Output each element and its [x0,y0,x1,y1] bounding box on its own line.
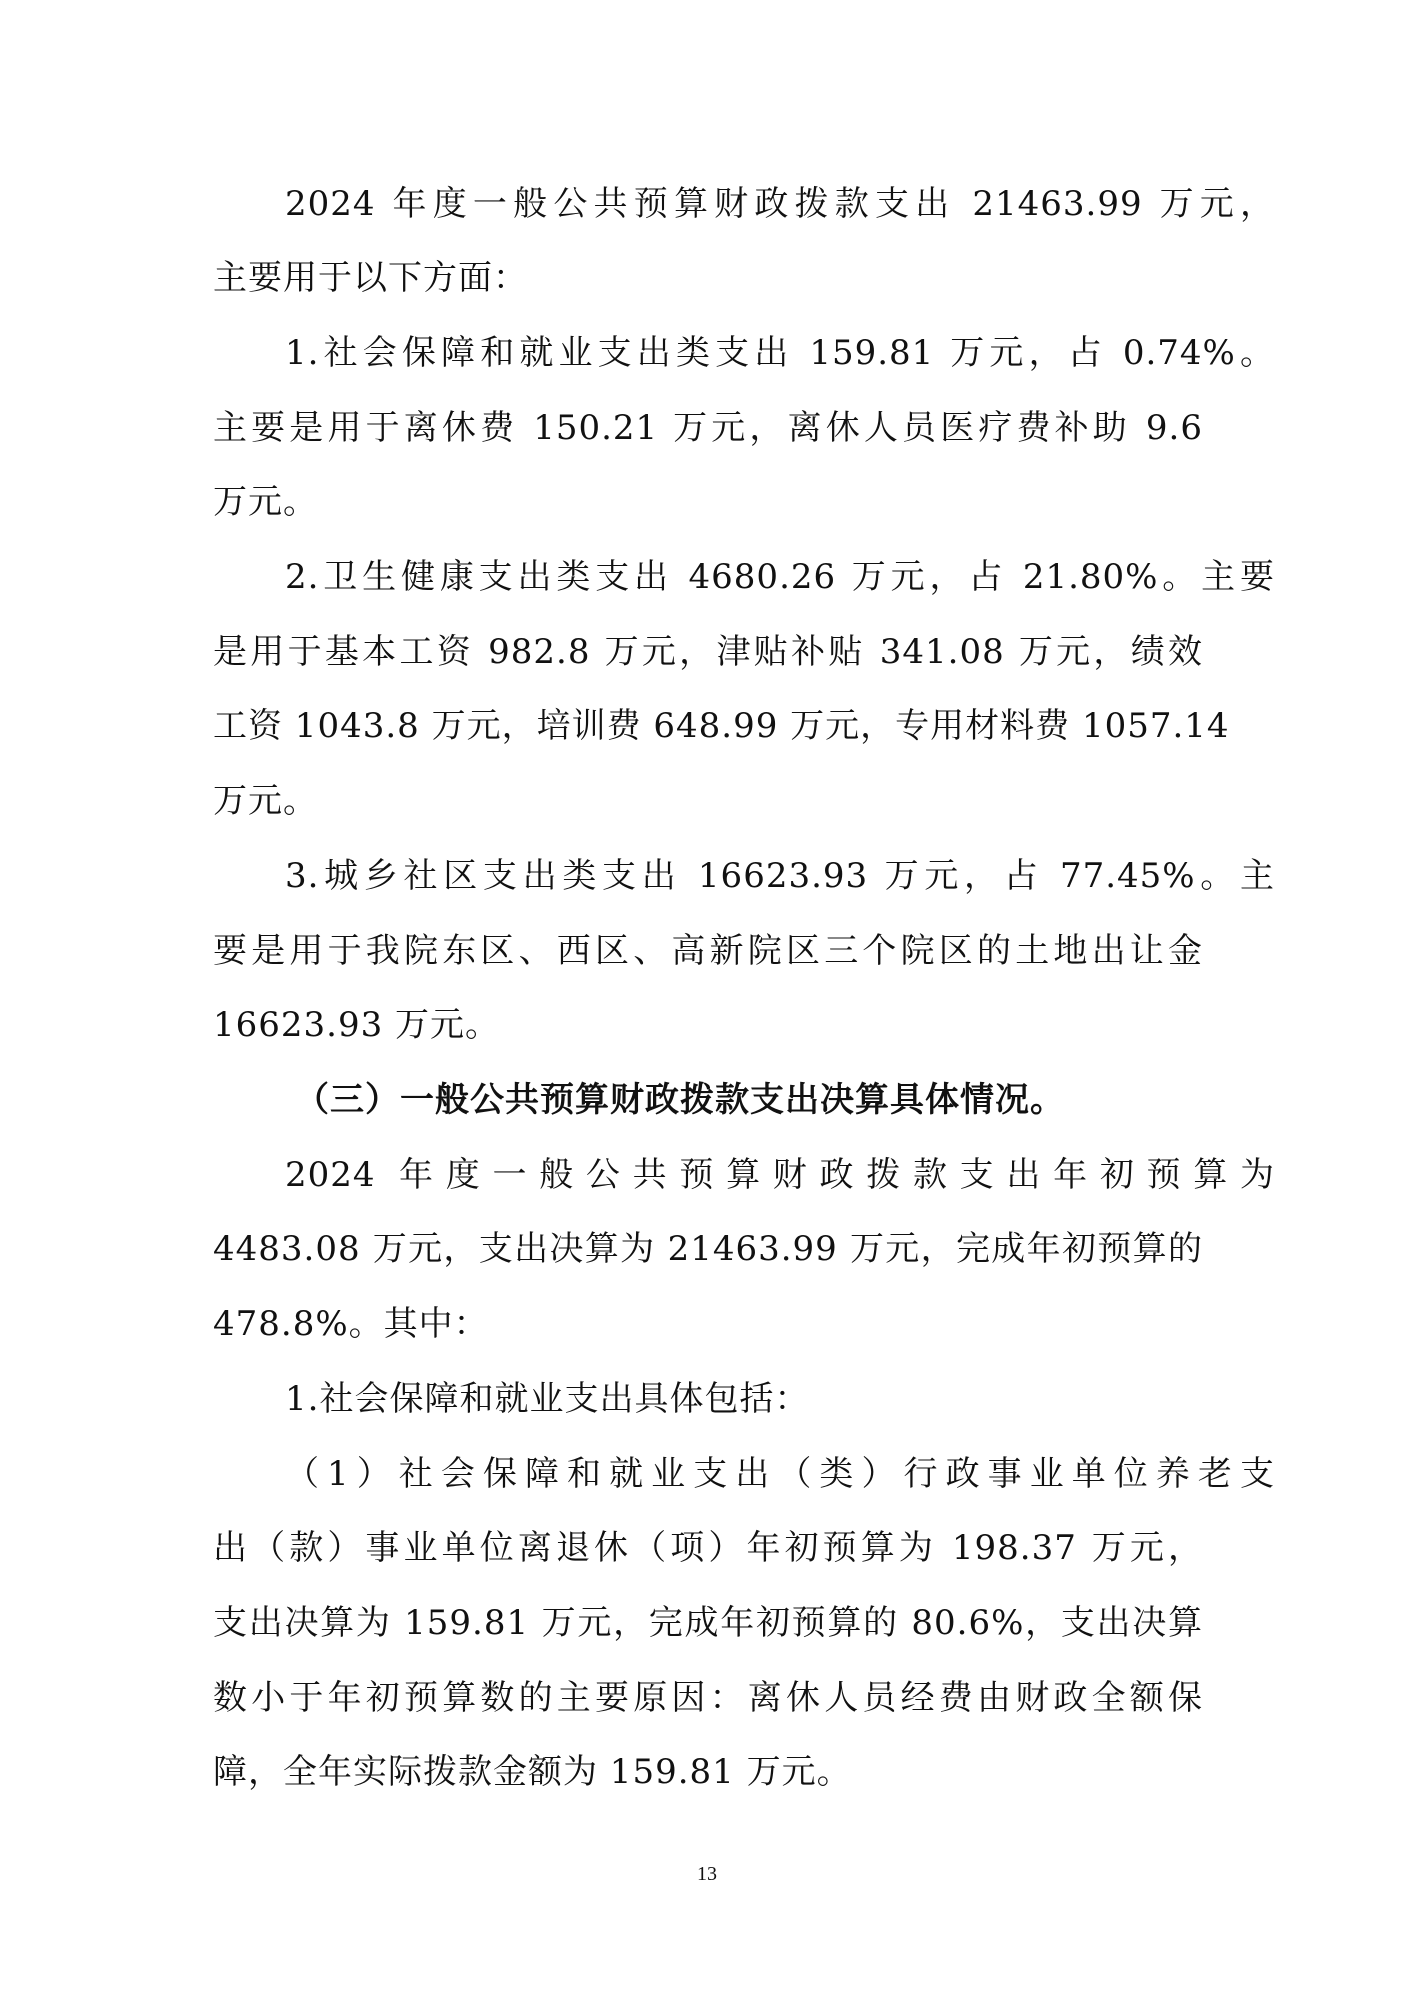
paragraph-text-line: 数小于年初预算数的主要原因：离休人员经费由财政全额保 [213,1678,1203,1718]
subsection-heading: 1.社会保障和就业支出具体包括： [285,1379,1275,1419]
paragraph-text-line: 478.8%。其中： [213,1304,1203,1344]
paragraph-text-line: 3.城乡社区支出类支出 16623.93 万元，占 77.45%。主 [285,856,1275,896]
paragraph-text-line: 1.社会保障和就业支出类支出 159.81 万元，占 0.74%。 [285,333,1275,373]
paragraph-text-line: 16623.93 万元。 [213,1005,1203,1045]
paragraph-text-line: 万元。 [213,482,1203,522]
page-number: 13 [0,1862,1414,1886]
paragraph-text-line: 4483.08 万元，支出决算为 21463.99 万元，完成年初预算的 [213,1229,1203,1269]
paragraph-text-line: 2024 年度一般公共预算财政拨款支出年初预算为 [285,1155,1275,1195]
paragraph-text-line: （1）社会保障和就业支出（类）行政事业单位养老支 [285,1454,1275,1494]
paragraph-text-line: 障，全年实际拨款金额为 159.81 万元。 [213,1752,1203,1792]
paragraph-text-line: 要是用于我院东区、西区、高新院区三个院区的土地出让金 [213,931,1203,971]
section-heading: （三）一般公共预算财政拨款支出决算具体情况。 [295,1080,1285,1120]
paragraph-text-line: 是用于基本工资 982.8 万元，津贴补贴 341.08 万元，绩效 [213,632,1203,672]
paragraph-text-line: 主要是用于离休费 150.21 万元，离休人员医疗费补助 9.6 [213,408,1203,448]
paragraph-text-line: 出（款）事业单位离退休（项）年初预算为 198.37 万元， [213,1528,1203,1568]
paragraph-text-line: 支出决算为 159.81 万元，完成年初预算的 80.6%，支出决算 [213,1603,1203,1643]
paragraph-text-line: 万元。 [213,781,1203,821]
paragraph-text-line: 工资 1043.8 万元，培训费 648.99 万元，专用材料费 1057.14 [213,706,1203,746]
document-page: 2024 年度一般公共预算财政拨款支出 21463.99 万元， 主要用于以下方… [0,0,1414,2000]
paragraph-text-line: 2024 年度一般公共预算财政拨款支出 21463.99 万元， [285,184,1275,224]
paragraph-text-line: 2.卫生健康支出类支出 4680.26 万元，占 21.80%。主要 [285,557,1275,597]
paragraph-text-line: 主要用于以下方面： [213,258,1203,298]
